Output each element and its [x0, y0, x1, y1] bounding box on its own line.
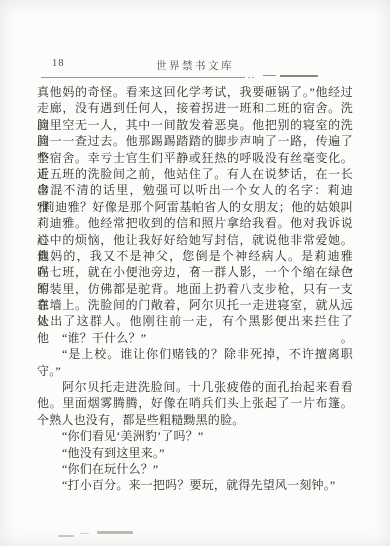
scan-artifact [80, 533, 89, 534]
text-line: 近五班的洗脸间之前，他站住了。有人在说梦话，在一长串 [37, 166, 353, 182]
text-line: “你们在玩什么？” [37, 461, 353, 477]
text-line: 真他妈的奇怪。看来这回化学考试，我要砸锅了。”他经过 [37, 84, 353, 100]
scan-artifact [58, 535, 74, 537]
text-line: “你们看见‘美洲豹’了吗？” [37, 428, 353, 444]
text-line: 心中的烦恼，他让我好好给她写封信，就说他非常爱她。真 [37, 232, 353, 248]
text-line: 认出了这群人。他刚往前一走，有个黑影便出来拦住了他。 [37, 313, 353, 329]
text-line: 走廊，没有遇到任何人，接着拐进一班和二班的宿舍。洗脸 [37, 100, 353, 116]
running-header: 18 世界禁书文库 [0, 58, 390, 74]
text-line: 间里空无一人，其中一间散发着恶臭。他把别的寝室的洗脸 [37, 117, 353, 133]
text-line: 间一一查过去。他那踢踢踏踏的脚步声响了一路，传遍了整 [37, 133, 353, 149]
text-line: 在七班，就在小便池旁边，有一群人影，一个个缩在绿色的 [37, 264, 353, 280]
body-text: 真他妈的奇怪。看来这回化学考试，我要砸锅了。”他经过走廊，没有遇到任何人，接着拐… [37, 84, 353, 494]
header-rule-dots [248, 77, 254, 78]
text-line: 军装里，仿佛都是驼背。地面上扔着八支步枪，只有一支靠 [37, 281, 353, 297]
book-page: 18 世界禁书文库 真他妈的奇怪。看来这回化学考试，我要砸锅了。”他经过走廊，没… [0, 0, 390, 546]
header-rule-dash [263, 75, 276, 76]
text-line: 他。里面烟雾腾腾，好像在哨兵们头上张起了一片布篷。一 [37, 395, 353, 411]
text-line: 个宿舍。幸亏士官生们平静或狂热的呼吸没有丝毫变化。走 [37, 150, 353, 166]
header-rule-main [41, 77, 245, 78]
text-line: “打小百分。来一把吗？要玩，就得先望风一刻钟。” [37, 477, 353, 493]
series-title: 世界禁书文库 [0, 58, 390, 73]
text-line: “是上校。谁让你们赌钱的？除非死掉，不许擅离职 [37, 346, 353, 362]
text-line: 在墙上。洗脸间的门敞着，阿尔贝托一走进寝室，就从远处 [37, 297, 353, 313]
text-line: “他没有到这里来。” [37, 445, 353, 461]
scan-artifact [97, 531, 133, 534]
text-line: 莉迪雅。他经常把收到的信和照片拿给我看。他对我诉说过 [37, 215, 353, 231]
text-line: 他妈的，我又不是神父，您倒是个神经病人。是莉迪雅吗？” [37, 248, 353, 264]
text-line: 守。” [37, 363, 353, 379]
text-line: 个熟人也没有，都是些粗糙黝黑的脸。 [37, 412, 353, 428]
text-line: 阿尔贝托走进洗脸间。十几张疲倦的面孔抬起来看看 [37, 379, 353, 395]
text-line: “莉迪雅？好像是那个阿雷基帕省人的女朋友；他的姑娘叫 [37, 199, 353, 215]
text-line: 含混不清的话里，勉强可以听出一个女人的名字：莉迪雅。 [37, 182, 353, 198]
header-rule-dash [280, 75, 318, 77]
